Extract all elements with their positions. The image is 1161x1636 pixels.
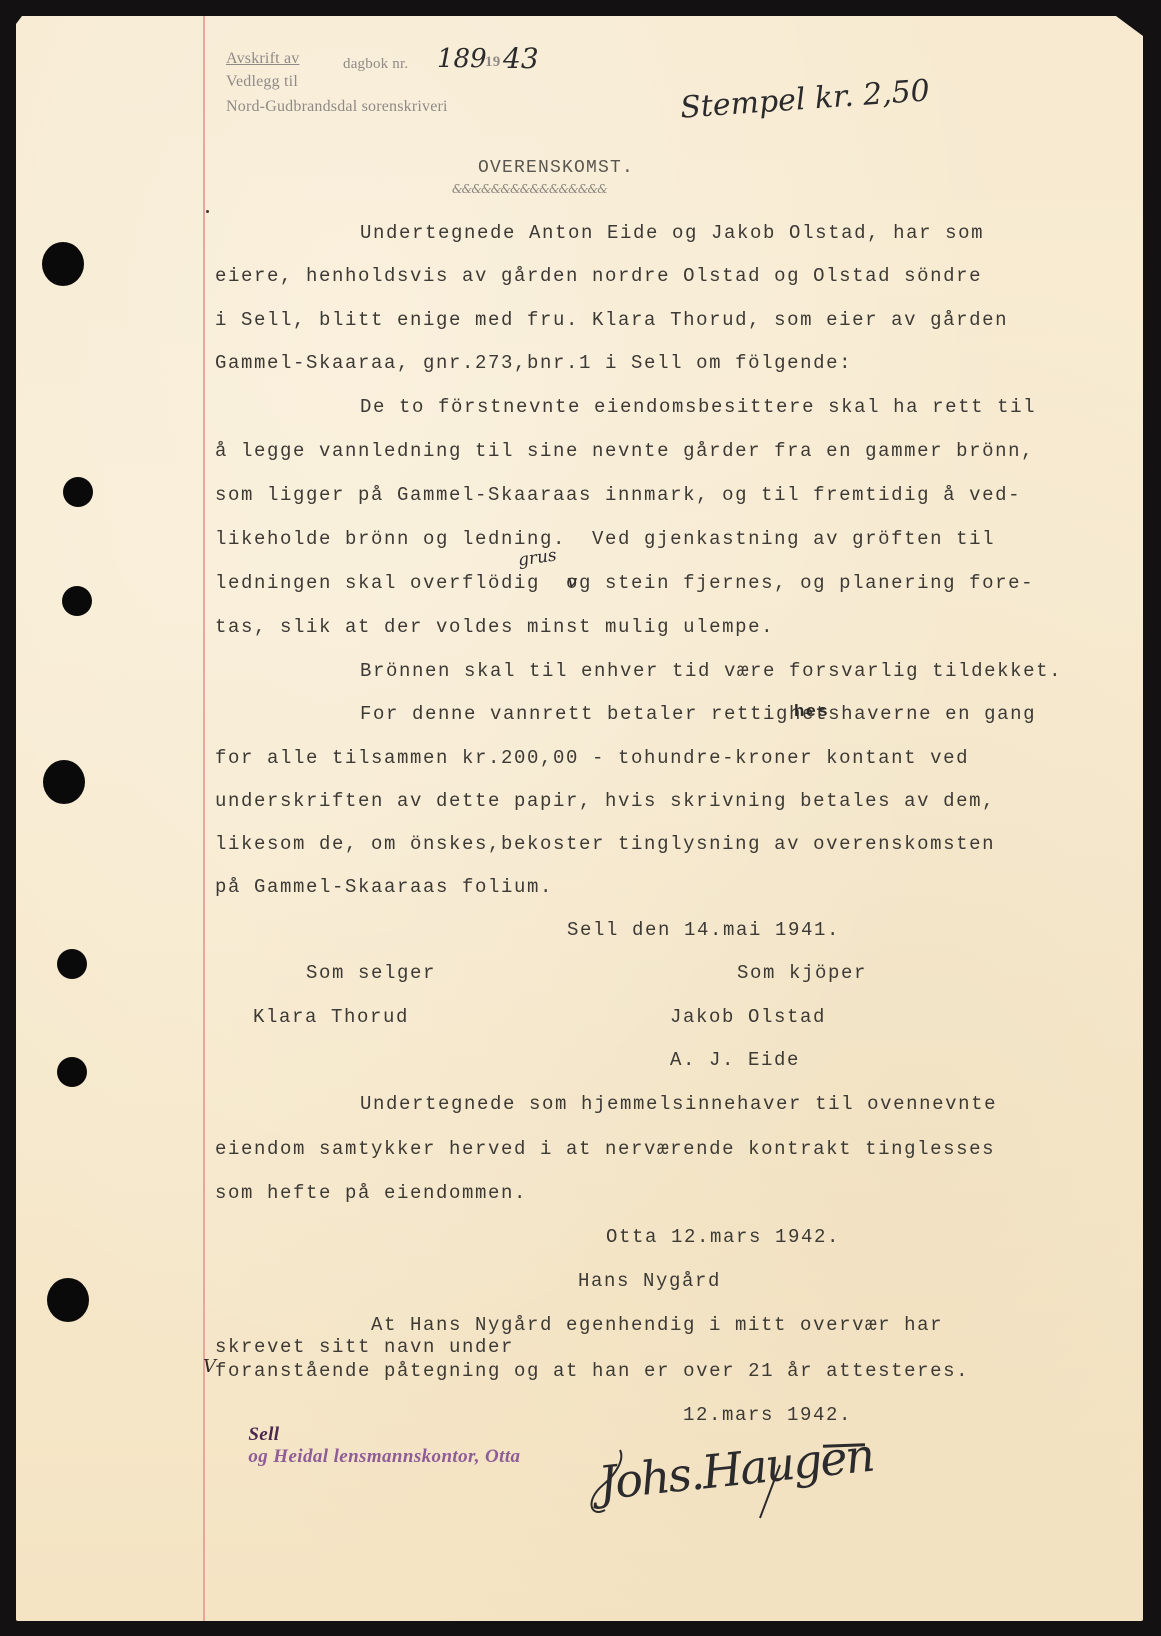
handwritten-year-suffix: 43: [503, 42, 539, 75]
red-margin-line: [203, 16, 205, 1621]
paragraph-line: å legge vannledning til sine nevnte gård…: [215, 440, 1034, 462]
paragraph-line: som ligger på Gammel-Skaaraas innmark, o…: [215, 484, 1021, 506]
stamp-vedlegg-label: Vedlegg til: [226, 73, 298, 91]
document-title: OVERENSKOMST.: [478, 158, 634, 178]
paragraph-line: For denne vannrett betaler rettighetshav…: [360, 703, 1036, 725]
punch-hole: [63, 477, 93, 507]
attestation-line: foranstående påtegning og at han er over…: [215, 1360, 969, 1382]
lensmann-office-stamp: Sell og Heidal lensmannskontor, Otta: [238, 1402, 520, 1468]
typed-overstrike-correction: hes: [794, 703, 829, 722]
paragraph-line: på Gammel-Skaaraas folium.: [215, 876, 553, 898]
paragraph-line: likeholde brönn og ledning. Ved gjenkast…: [215, 528, 995, 550]
buyer-label: Som kjöper: [737, 962, 867, 984]
paragraph-line: ledningen skal overflödig og stein fjern…: [215, 572, 1034, 594]
attestation-line: At Hans Nygård egenhendig i mitt overvær…: [371, 1314, 943, 1336]
stamp-text: og Heidal lensmannskontor, Otta: [248, 1446, 520, 1467]
paragraph-line: Gammel-Skaaraa, gnr.273,bnr.1 i Sell om …: [215, 352, 852, 374]
paragraph-line: Undertegnede Anton Eide og Jakob Olstad,…: [360, 222, 984, 244]
paragraph-line: De to förstnevnte eiendomsbesittere skal…: [360, 396, 1036, 418]
attestation-line: skrevet sitt navn under: [215, 1336, 514, 1358]
paragraph-line: underskriften av dette papir, hvis skriv…: [215, 790, 995, 812]
punch-hole: [42, 242, 84, 286]
stamp-text-dark: Sell: [248, 1424, 279, 1445]
owner-signature-name: Hans Nygård: [578, 1270, 721, 1292]
paragraph-line: eiere, henholdsvis av gården nordre Olst…: [215, 265, 982, 287]
place-date-1942: Otta 12.mars 1942.: [606, 1226, 840, 1248]
paragraph-line: likesom de, om önskes,bekoster tinglysni…: [215, 833, 995, 855]
seller-label: Som selger: [306, 962, 436, 984]
seller-name: Klara Thorud: [253, 1006, 409, 1028]
title-underline: &&&&&&&&&&&&&&&&: [452, 182, 607, 196]
stamp-dagbok-label: dagbok nr.: [343, 56, 408, 73]
insert-caret-mark: v: [567, 571, 577, 592]
stamp-date: 12.mars 1942.: [683, 1404, 852, 1426]
paragraph-line: for alle tilsammen kr.200,00 - tohundre-…: [215, 747, 969, 769]
stamp-avskrift-label: Avskrift av: [226, 50, 299, 68]
paragraph-line: tas, slik at der voldes minst mulig ulem…: [215, 616, 774, 638]
stamp-court-name: Nord-Gudbrandsdal sorenskriveri: [226, 98, 448, 116]
scan-speck: [206, 210, 209, 213]
punch-hole: [62, 586, 92, 616]
place-date-1941: Sell den 14.mai 1941.: [567, 919, 840, 941]
consent-line: som hefte på eiendommen.: [215, 1182, 527, 1204]
punch-hole: [43, 760, 85, 804]
consent-line: Undertegnede som hjemmelsinnehaver til o…: [360, 1093, 997, 1115]
paragraph-line: Brönnen skal til enhver tid være forsvar…: [360, 660, 1062, 682]
consent-line: eiendom samtykker herved i at nerværende…: [215, 1138, 995, 1160]
buyer-name: Jakob Olstad: [670, 1006, 826, 1028]
signature-stroke: [585, 1440, 885, 1520]
punch-hole: [47, 1278, 89, 1322]
buyer-name: A. J. Eide: [670, 1049, 800, 1071]
paragraph-line: i Sell, blitt enige med fru. Klara Thoru…: [215, 309, 1008, 331]
handwritten-journal-number: 189: [437, 44, 487, 74]
stamp-year-prefix: 19: [485, 54, 500, 71]
punch-hole: [57, 949, 87, 979]
punch-hole: [57, 1057, 87, 1087]
